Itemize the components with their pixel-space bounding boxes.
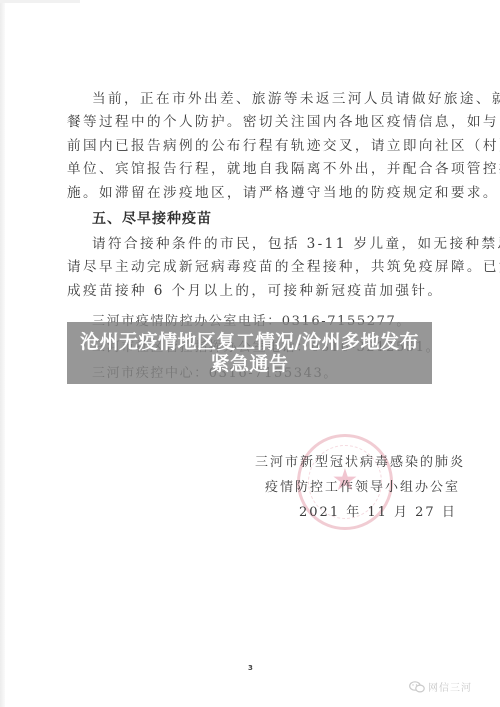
section-5-heading: 五、尽早接种疫苗: [92, 211, 212, 227]
article-title[interactable]: 沧州无疫情地区复工情况/沧州多地发布紧急通告: [80, 331, 420, 375]
paragraph-4-line-5: 施。如滞留在涉疫地区，请严格遵守当地的防疫规定和要求。: [67, 185, 447, 201]
signature-date: 2021 年 11 月 27 日: [299, 505, 457, 521]
paragraph-4-line-1: 当前，正在市外出差、旅游等未返三河人员请做好旅途、就: [92, 91, 472, 107]
paragraph-4-line-3: 前国内已报告病例的公布行程有轨迹交叉，请立即向社区（村）、: [67, 138, 447, 154]
paragraph-5-line-2: 请尽早主动完成新冠病毒疫苗的全程接种，共筑免疫屏障。已完: [67, 259, 447, 275]
paragraph-4-line-4: 单位、宾馆报告行程，就地自我隔离不外出，并配合各项管控措: [67, 161, 447, 177]
watermark-text: 网信三河: [428, 679, 472, 694]
wechat-icon: [409, 681, 425, 693]
page-number: 3: [248, 664, 253, 672]
paragraph-5-line-3: 成疫苗接种 6 个月以上的，可接种新冠疫苗加强针。: [67, 283, 447, 299]
signature-org-line-1: 三河市新型冠状病毒感染的肺炎: [255, 455, 465, 471]
source-watermark: 网信三河: [409, 679, 472, 694]
paragraph-5-line-1: 请符合接种条件的市民，包括 3-11 岁儿童，如无接种禁忌症，: [92, 236, 472, 252]
signature-org-line-2: 疫情防控工作领导小组办公室: [265, 480, 460, 496]
paragraph-4-line-2: 餐等过程中的个人防护。密切关注国内各地区疫情信息，如与目: [67, 114, 447, 130]
article-title-banner[interactable]: 沧州无疫情地区复工情况/沧州多地发布紧急通告: [67, 322, 432, 384]
